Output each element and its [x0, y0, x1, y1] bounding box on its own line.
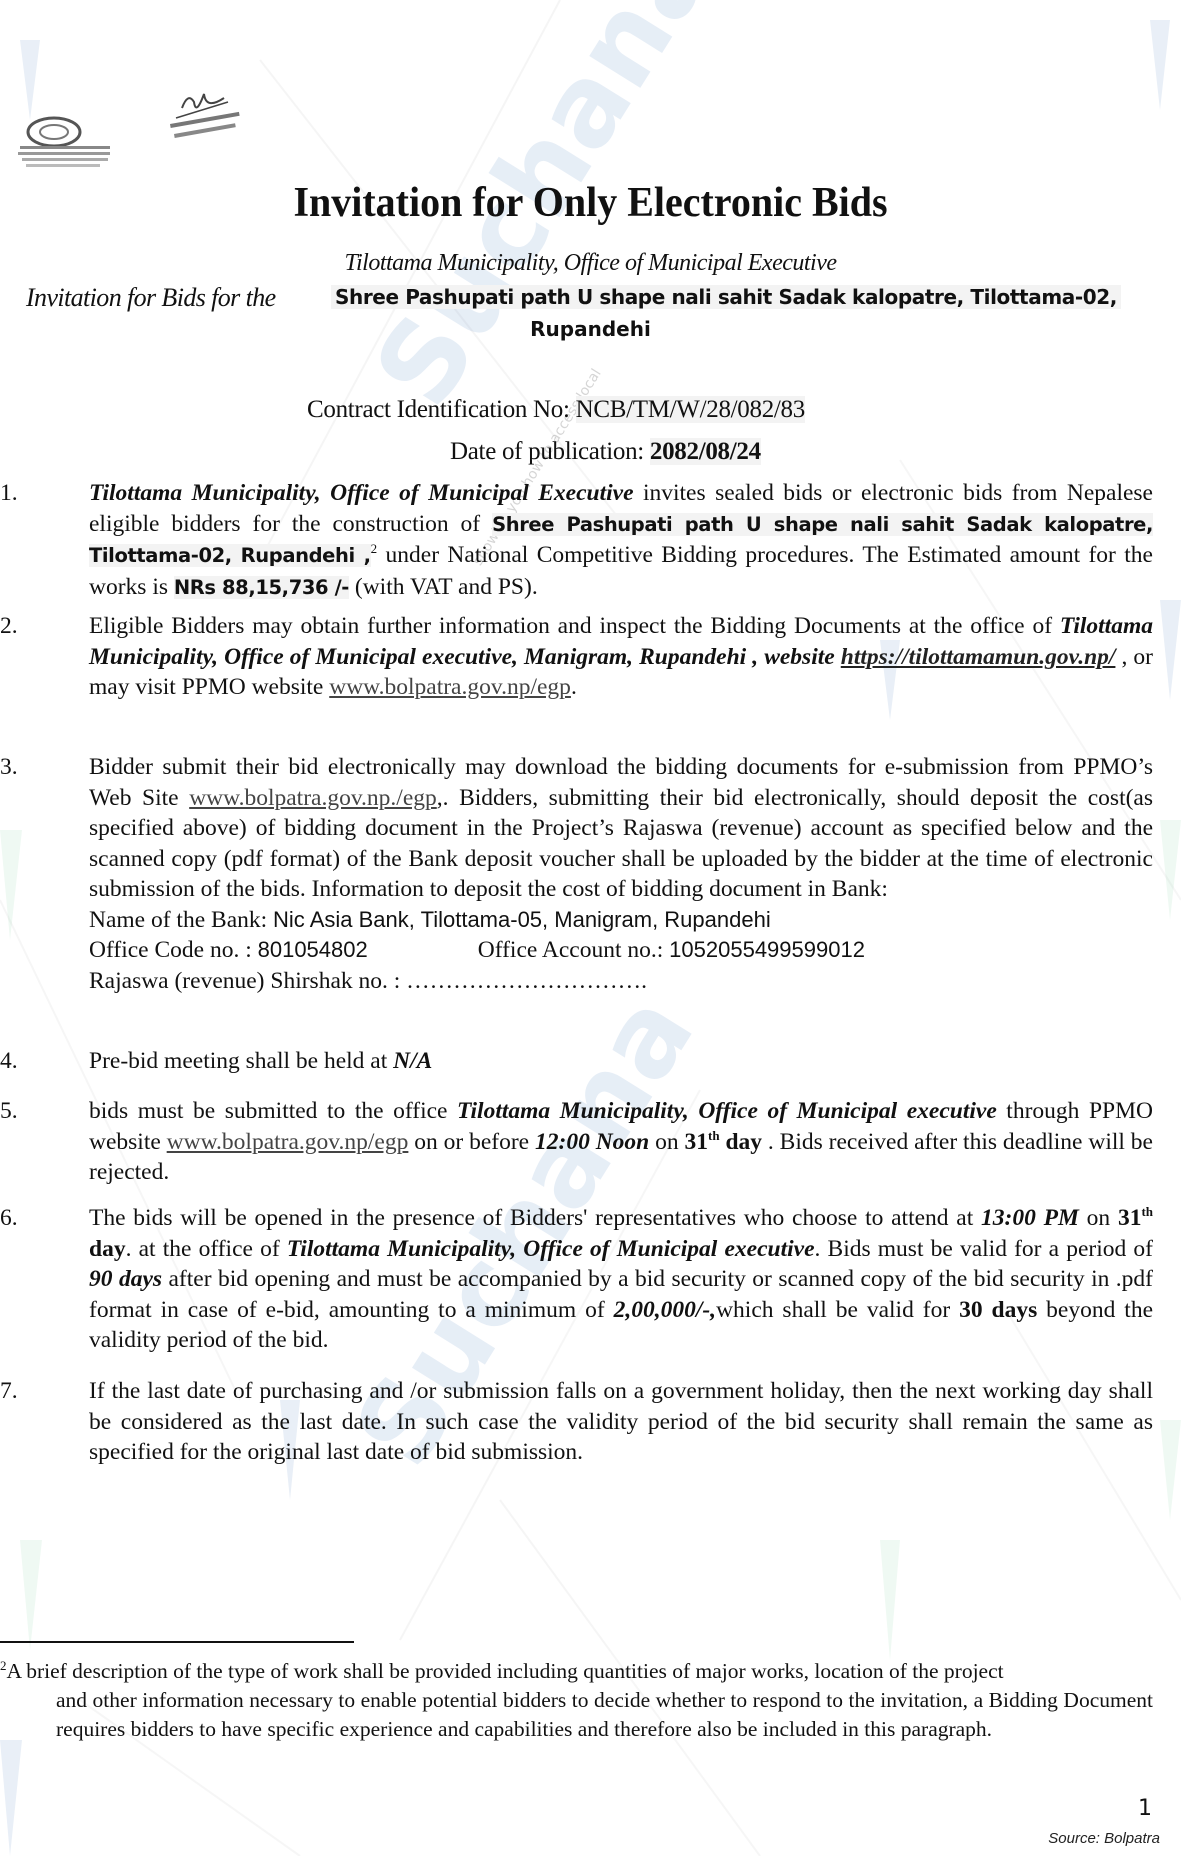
estimated-amount: NRs 88,15,736 /- [174, 576, 349, 599]
opening-time: 13:00 PM [981, 1205, 1079, 1231]
shirshak-value: …………………………. [406, 968, 647, 994]
shirshak-label: Rajaswa (revenue) Shirshak no. : [89, 968, 406, 994]
clause-number: 2. [0, 611, 18, 642]
clause-text: . Bids must be valid for a period of [815, 1236, 1154, 1262]
bid-security-amount: 2,00,000/-, [614, 1297, 716, 1323]
contract-number: NCB/TM/W/28/082/83 [576, 396, 805, 423]
footnote-divider [0, 1641, 354, 1643]
document-page: Invitation for Only Electronic Bids Tilo… [0, 0, 1181, 1856]
day-word: day [89, 1236, 126, 1262]
clause-body: bids must be submitted to the office Til… [89, 1096, 1153, 1188]
clause-body: If the last date of purchasing and /or s… [89, 1376, 1153, 1468]
clause-text: (with VAT and PS). [349, 574, 538, 600]
ppmo-website-link[interactable]: www.bolpatra.gov.np/egp [329, 674, 571, 700]
submission-day-number: 31 [685, 1129, 709, 1155]
account-label: Office Account no.: [478, 937, 669, 963]
clause-body: Tilottama Municipality, Office of Munici… [89, 478, 1153, 603]
employer-subheading: Tilottama Municipality, Office of Munici… [0, 250, 1181, 277]
day-word: day [720, 1129, 762, 1155]
prebid-meeting-value: N/A [393, 1048, 432, 1074]
bid-security-validity: 30 days [959, 1297, 1037, 1323]
municipality-website-link[interactable]: https://tilottamamun.gov.np/ [841, 644, 1116, 670]
office-code-row: Office Code no. : 801054802Office Accoun… [89, 935, 1153, 966]
clause-text: on [649, 1129, 684, 1155]
clause-text: Pre-bid meeting shall be held at [89, 1048, 393, 1074]
clause-text: on [1079, 1205, 1118, 1231]
employer-name: Tilottama Municipality, Office of Munici… [89, 480, 634, 506]
publication-date: Date of publication: 2082/08/24 [450, 438, 761, 466]
publication-date-label: Date of publication: [450, 438, 650, 465]
footnote-first-line: A brief description of the type of work … [7, 1659, 1004, 1683]
footnote: 2A brief description of the type of work… [0, 1657, 1153, 1744]
clause-body: Bidder submit their bid electronically m… [89, 752, 1153, 996]
clause-number: 4. [0, 1046, 18, 1077]
signature-stamp [168, 88, 268, 150]
clause-number: 6. [0, 1203, 18, 1234]
clause-text: The bids will be opened in the presence … [89, 1205, 981, 1231]
footnote-continuation: and other information necessary to enabl… [0, 1686, 1153, 1744]
ppmo-website-link[interactable]: www.bolpatra.gov.np./egp [189, 785, 437, 811]
clause-number: 7. [0, 1376, 18, 1407]
clause-number: 5. [0, 1096, 18, 1127]
municipality-seal-logo [12, 110, 122, 170]
bank-name-value: Nic Asia Bank, Tilottama-05, Manigram, R… [273, 907, 771, 932]
clause-text: bids must be submitted to the office [89, 1098, 457, 1124]
page-number: 1 [1138, 1796, 1152, 1821]
clause-body: Pre-bid meeting shall be held at N/A [89, 1046, 1153, 1077]
clause-text: Eligible Bidders may obtain further info… [89, 613, 1060, 639]
project-name-line1: Shree Pashupati path U shape nali sahit … [331, 285, 1121, 309]
document-title: Invitation for Only Electronic Bids [0, 177, 1181, 227]
ppmo-website-link[interactable]: www.bolpatra.gov.np/egp [167, 1129, 409, 1155]
ordinal-suffix: th [708, 1128, 720, 1143]
ordinal-suffix: th [1141, 1204, 1153, 1219]
source-credit: Source: Bolpatra [1048, 1830, 1160, 1847]
office-code-value: 801054802 [258, 937, 368, 962]
contract-label: Contract Identification No: [307, 396, 576, 423]
bid-validity: 90 days [89, 1266, 162, 1292]
office-name: Tilottama Municipality, Office of Munici… [457, 1098, 997, 1124]
clause-body: Eligible Bidders may obtain further info… [89, 611, 1153, 703]
clause-text: on or before [408, 1129, 535, 1155]
publication-date-value: 2082/08/24 [650, 438, 761, 465]
office-code-label: Office Code no. : [89, 937, 258, 963]
bank-name-row: Name of the Bank: Nic Asia Bank, Tilotta… [89, 905, 1153, 936]
account-number-value: 1052055499599012 [669, 937, 865, 962]
office-name: Tilottama Municipality, Office of Munici… [287, 1236, 815, 1262]
clause-body: The bids will be opened in the presence … [89, 1203, 1153, 1356]
clause-text: . at the office of [126, 1236, 287, 1262]
clause-number: 1. [0, 478, 18, 509]
clause-text: . [571, 674, 577, 700]
project-name-line2: Rupandehi [0, 317, 1181, 341]
submission-time: 12:00 Noon [535, 1129, 649, 1155]
clause-text: which shall be valid for [716, 1297, 959, 1323]
bank-name-label: Name of the Bank: [89, 907, 273, 933]
shirshak-row: Rajaswa (revenue) Shirshak no. : …………………… [89, 966, 1153, 997]
opening-day-number: 31 [1118, 1205, 1142, 1231]
ifb-prefix: Invitation for Bids for the [26, 283, 276, 313]
contract-identification: Contract Identification No: NCB/TM/W/28/… [307, 396, 805, 424]
clause-number: 3. [0, 752, 18, 783]
